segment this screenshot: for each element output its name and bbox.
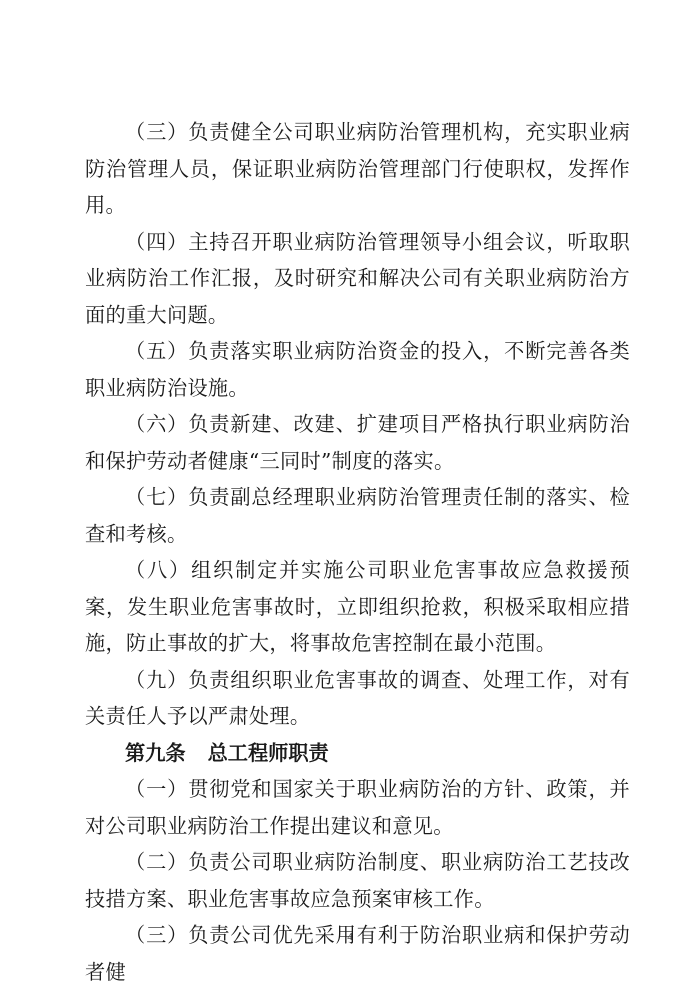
page-number: 4: [0, 931, 700, 943]
paragraph-item-5: （五）负责落实职业病防治资金的投入，不断完善各类职业病防治设施。: [85, 333, 630, 406]
paragraph-item-3: （三）负责健全公司职业病防治管理机构，充实职业病防治管理人员，保证职业病防治管理…: [85, 114, 630, 224]
paragraph-item-4: （四）主持召开职业病防治管理领导小组会议，听取职业病防治工作汇报，及时研究和解决…: [85, 224, 630, 334]
article-number: 第九条: [125, 741, 186, 765]
page-body: （三）负责健全公司职业病防治管理机构，充实职业病防治管理人员，保证职业病防治管理…: [85, 114, 630, 990]
paragraph-item-6: （六）负责新建、改建、扩建项目严格执行职业病防治和保护劳动者健康“三同时”制度的…: [85, 406, 630, 479]
paragraph-chief-engineer-3: （三）负责公司优先采用有利于防治职业病和保护劳动者健: [85, 917, 630, 990]
section-heading: 第九条总工程师职责: [85, 735, 630, 772]
paragraph-chief-engineer-2: （二）负责公司职业病防治制度、职业病防治工艺技改技措方案、职业危害事故应急预案审…: [85, 844, 630, 917]
paragraph-chief-engineer-1: （一）贯彻党和国家关于职业病防治的方针、政策，并对公司职业病防治工作提出建议和意…: [85, 771, 630, 844]
paragraph-item-7: （七）负责副总经理职业病防治管理责任制的落实、检查和考核。: [85, 479, 630, 552]
article-title: 总工程师职责: [208, 741, 329, 765]
paragraph-item-8: （八）组织制定并实施公司职业危害事故应急救援预案，发生职业危害事故时，立即组织抢…: [85, 552, 630, 662]
document-page: （三）负责健全公司职业病防治管理机构，充实职业病防治管理人员，保证职业病防治管理…: [0, 0, 700, 990]
paragraph-item-9: （九）负责组织职业危害事故的调查、处理工作，对有关责任人予以严肃处理。: [85, 662, 630, 735]
